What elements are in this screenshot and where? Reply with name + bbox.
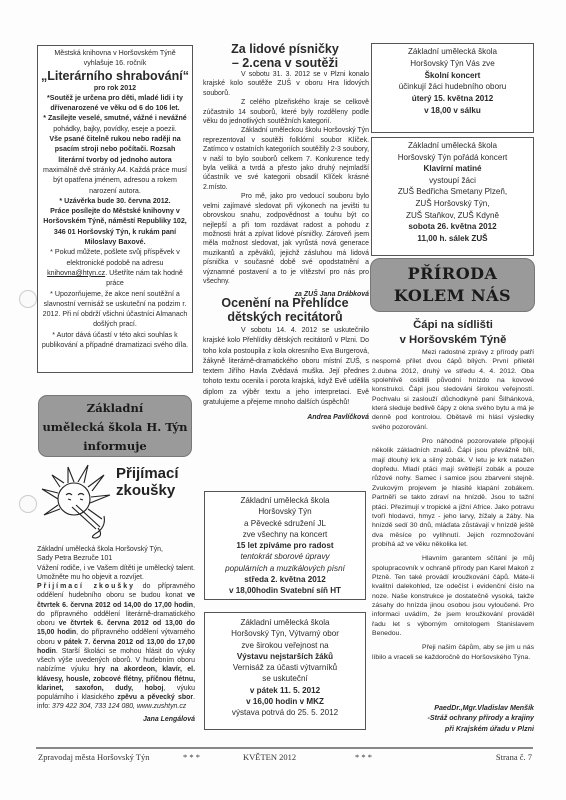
exhibition-date: v pátek 11. 5. 2012 bbox=[205, 685, 365, 696]
email-link[interactable]: knihovna@htyn.cz bbox=[47, 269, 105, 277]
matinee-date: sobota 26. května 2012 bbox=[372, 221, 533, 233]
zus-info-banner: Základní umělecká škola H. Týn informuje bbox=[38, 395, 192, 457]
school-concert-date: úterý 15. května 2012 bbox=[372, 93, 533, 105]
concert-announcement-box: Základní umělecká škola Horšovský Týn a … bbox=[204, 491, 366, 600]
school-address: Základní umělecká škola Horšovský Týn, bbox=[37, 545, 195, 554]
contact-info: 379 422 304, 733 124 080, www.zushtyn.cz bbox=[52, 703, 186, 710]
recital-article-body: V sobotu 14. 4. 2012 se uskutečnilo kraj… bbox=[203, 326, 369, 424]
admission-title: Přijímací zkoušky bbox=[116, 465, 196, 499]
exhibition-time: v 16,00 hodin v MKZ bbox=[205, 696, 365, 707]
sun-playing-flute-icon bbox=[38, 461, 120, 541]
issue-month: KVĚTEN 2012 bbox=[243, 752, 296, 762]
footer-separator: * * * bbox=[355, 752, 372, 762]
folk-article-body: V sobotu 31. 3. 2012 se v Plzni konalo k… bbox=[203, 70, 369, 300]
literary-contest-box: Městská knihovna v Horšovském Týně vyhla… bbox=[37, 45, 193, 373]
piano-matinee-box: Základní umělecká škola Horšovský Týn po… bbox=[371, 137, 534, 256]
recital-article-title: Ocenění na Přehlídce dětských recitátorů bbox=[200, 296, 370, 324]
folk-article-title: Za lidové písničky – 2.cena v soutěži bbox=[200, 42, 370, 70]
storks-article-title: Čápi na sídlišti v Horšovském Týně bbox=[372, 318, 534, 347]
school-concert-title: Školní koncert bbox=[372, 70, 533, 82]
author-signature: Andrea Pavlíčková bbox=[203, 413, 369, 423]
contest-year: pro rok 2012 bbox=[41, 83, 189, 93]
contest-title: „Literárního shrabování“ bbox=[41, 69, 189, 83]
page-footer: Zpravodaj města Horšovský Týn * * * KVĚT… bbox=[38, 752, 532, 764]
library-intro: Městská knihovna v Horšovském Týně bbox=[41, 48, 189, 58]
matinee-time: 11,00 h. sálek ZUŠ bbox=[372, 233, 533, 245]
author-signature: Jana Lengálová bbox=[37, 715, 195, 724]
exhibition-announcement-box: Základní umělecká škola Horšovský Týn, V… bbox=[204, 612, 366, 730]
page-number: Strana č. 7 bbox=[496, 752, 532, 762]
footer-divider bbox=[36, 747, 533, 749]
publication-name: Zpravodaj města Horšovský Týn bbox=[38, 752, 150, 762]
concert-title: 15 let zpíváme pro radost bbox=[205, 540, 365, 551]
nature-section-banner: PŘÍRODA KOLEM NÁS bbox=[370, 258, 535, 312]
punch-hole bbox=[19, 290, 37, 308]
school-concert-box: Základní umělecká škola Horšovský Týn Vá… bbox=[371, 43, 534, 133]
author-signature: PaedDr.,Mgr.Vladislav Menšík -Stráž ochr… bbox=[372, 703, 534, 734]
punch-hole bbox=[19, 495, 37, 513]
footer-separator: * * * bbox=[183, 752, 200, 762]
storks-article-body: Mezi radostné zprávy z přírody patří nes… bbox=[372, 348, 534, 662]
matinee-title: Klavírní matiné bbox=[372, 163, 533, 175]
mailing-address: Práce posílejte do Městské knihovny v Ho… bbox=[41, 206, 189, 247]
deadline: * Uzávěrka bude 30. června 2012. bbox=[41, 196, 189, 206]
concert-place: v 18,00hodin Svatební síň HT bbox=[205, 585, 365, 596]
school-concert-time: v 18,00 v sálku bbox=[372, 105, 533, 117]
exhibition-title: Výstavu nejstarších žáků bbox=[205, 651, 365, 662]
concert-date: středa 2. května 2012 bbox=[205, 574, 365, 585]
exhibition-until: výstava potrvá do 25. 5. 2012 bbox=[205, 707, 365, 718]
admission-article: Základní umělecká škola Horšovský Týn, S… bbox=[37, 545, 195, 724]
